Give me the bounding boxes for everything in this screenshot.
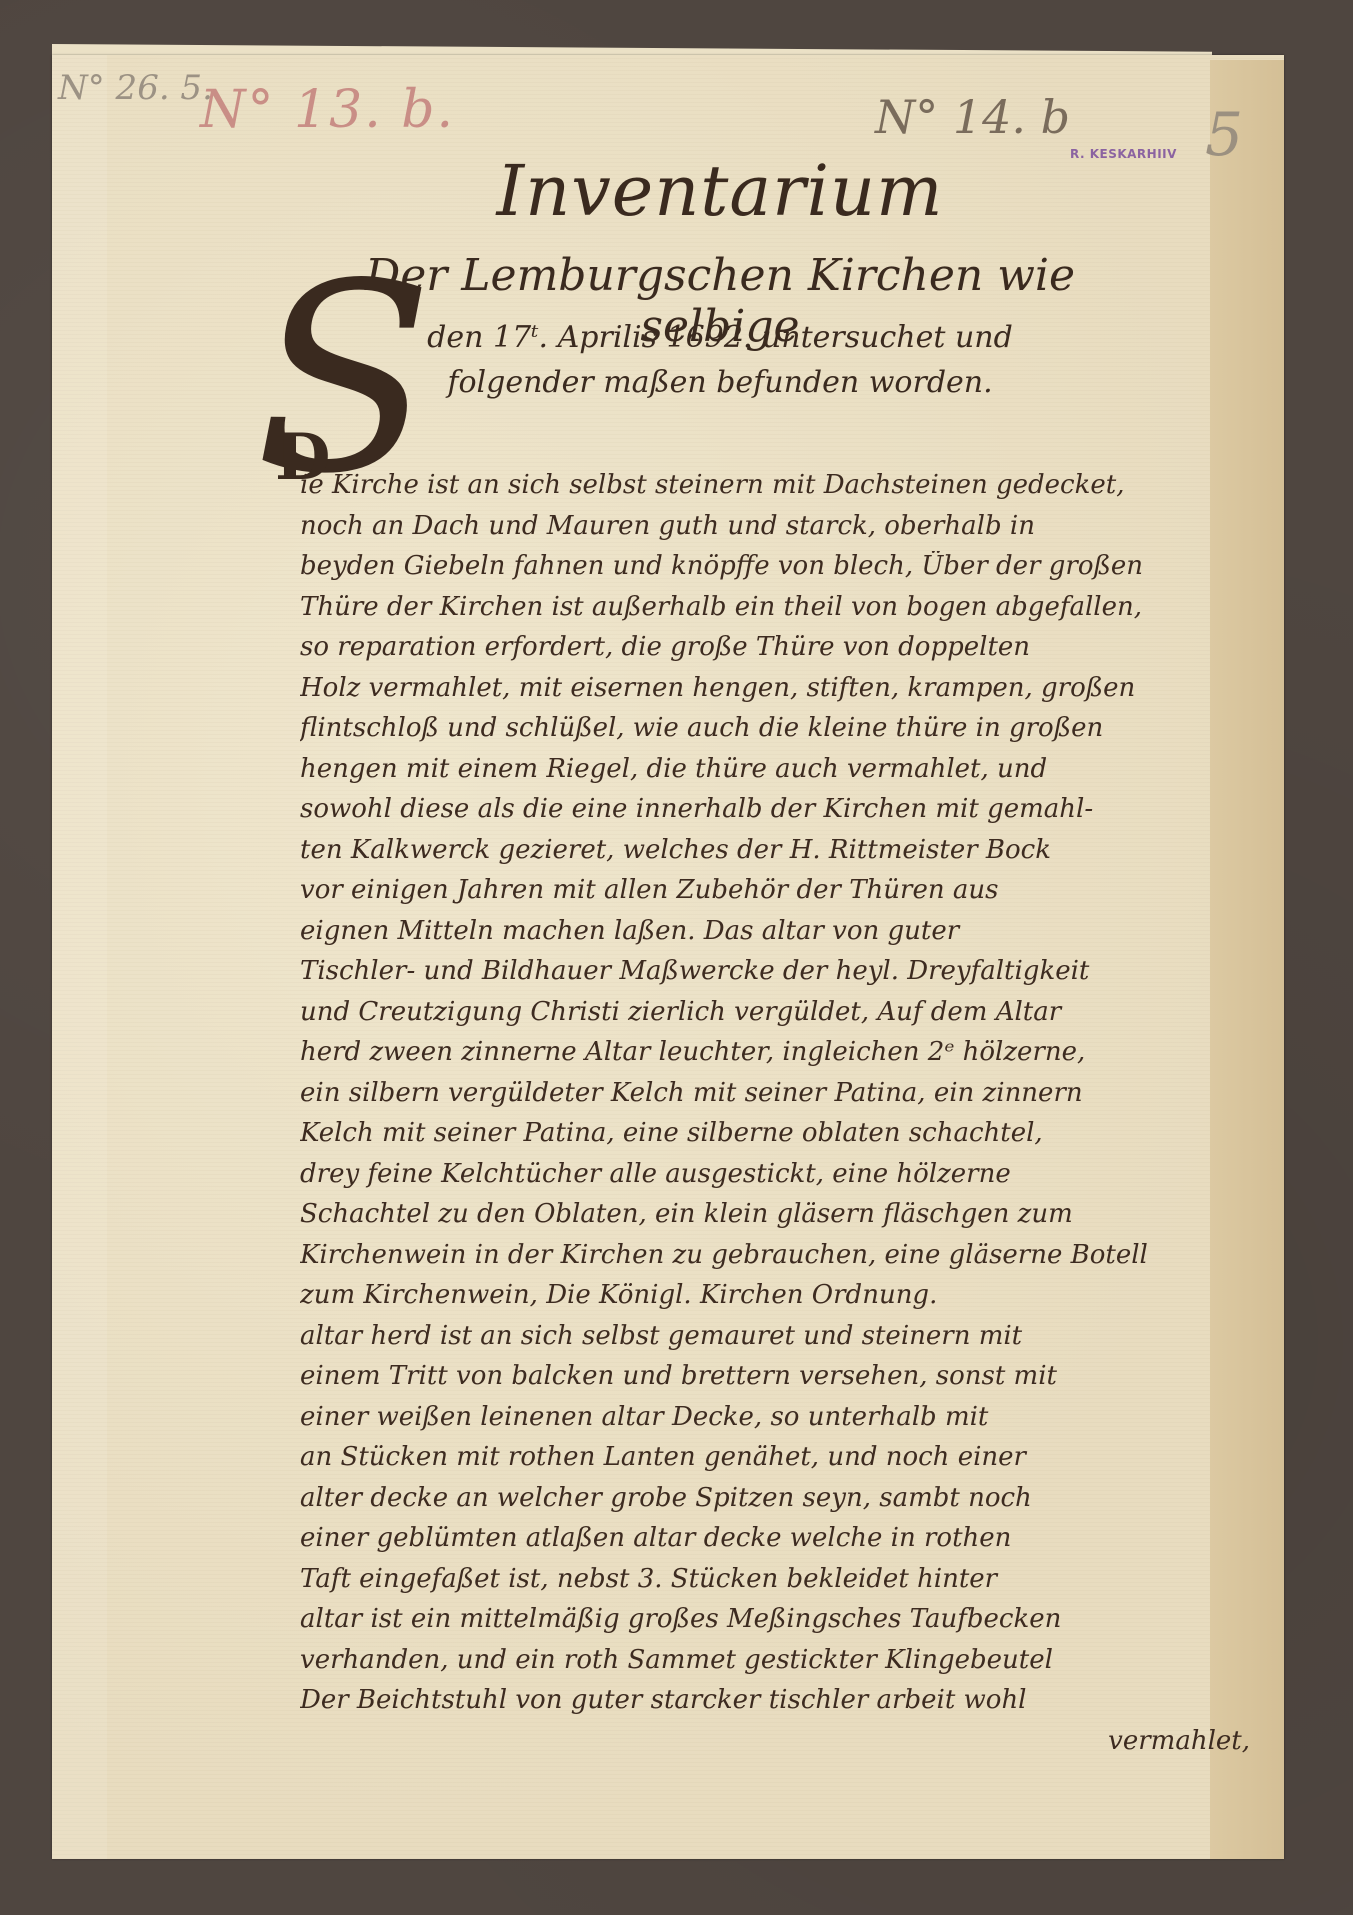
body-line: verhanden, und ein roth Sammet gestickte…	[300, 1645, 1250, 1686]
body-line: einer geblümten atlaßen altar decke welc…	[300, 1523, 1250, 1564]
body-line: Der Beichtstuhl von guter starcker tisch…	[300, 1685, 1250, 1726]
heading-line-2: den 17ᵗ. Aprilis 1692. untersuchet und	[340, 320, 1100, 355]
body-line: flintschloß und schlüßel, wie auch die k…	[300, 713, 1250, 754]
body-line: ie Kirche ist an sich selbst steinern mi…	[300, 470, 1250, 511]
body-line: einer weißen leinenen altar Decke, so un…	[300, 1402, 1250, 1443]
body-line: alter decke an welcher grobe Spitzen sey…	[300, 1483, 1250, 1524]
body-line: sowohl diese als die eine innerhalb der …	[300, 794, 1250, 835]
manuscript-body: ie Kirche ist an sich selbst steinern mi…	[300, 470, 1250, 1766]
body-line: einem Tritt von balcken und brettern ver…	[300, 1361, 1250, 1402]
body-line: Schachtel zu den Oblaten, ein klein gläs…	[300, 1199, 1250, 1240]
body-line: und Creutzigung Christi zierlich vergüld…	[300, 997, 1250, 1038]
body-line: an Stücken mit rothen Lanten genähet, un…	[300, 1442, 1250, 1483]
archive-number-top-left: N° 26. 5.	[58, 68, 213, 108]
body-line: herd zween zinnerne Altar leuchter, ingl…	[300, 1037, 1250, 1078]
archive-number-pencil: N° 14. b	[875, 90, 1070, 144]
body-line: altar herd ist an sich selbst gemauret u…	[300, 1321, 1250, 1362]
pencil-folio-number: 5	[1205, 100, 1243, 170]
heading-line-3: folgender maßen befunden worden.	[340, 365, 1100, 400]
body-line: noch an Dach und Mauren guth und starck,…	[300, 511, 1250, 552]
body-line: vermahlet,	[300, 1726, 1250, 1767]
body-line: ein silbern vergüldeter Kelch mit seiner…	[300, 1078, 1250, 1119]
body-line: Thüre der Kirchen ist außerhalb ein thei…	[300, 592, 1250, 633]
body-line: eignen Mitteln machen laßen. Das altar v…	[300, 916, 1250, 957]
body-line: altar ist ein mittelmäßig großes Meßings…	[300, 1604, 1250, 1645]
body-line: so reparation erfordert, die große Thüre…	[300, 632, 1250, 673]
body-line: vor einigen Jahren mit allen Zubehör der…	[300, 875, 1250, 916]
body-line: beyden Giebeln fahnen und knöpffe von bl…	[300, 551, 1250, 592]
archive-number-red: N° 13. b.	[200, 80, 455, 140]
body-line: Kirchenwein in der Kirchen zu gebrauchen…	[300, 1240, 1250, 1281]
document-title: Inventarium	[340, 150, 1100, 232]
body-line: hengen mit einem Riegel, die thüre auch …	[300, 754, 1250, 795]
body-line: Tischler- und Bildhauer Maßwercke der he…	[300, 956, 1250, 997]
body-line: Kelch mit seiner Patina, eine silberne o…	[300, 1118, 1250, 1159]
body-line: Holz vermahlet, mit eisernen hengen, sti…	[300, 673, 1250, 714]
body-line: ten Kalkwerck gezieret, welches der H. R…	[300, 835, 1250, 876]
body-line: zum Kirchenwein, Die Königl. Kirchen Ord…	[300, 1280, 1250, 1321]
paper-left-margin-strip	[52, 55, 107, 1859]
body-line: drey feine Kelchtücher alle ausgestickt,…	[300, 1159, 1250, 1200]
body-line: Taft eingefaßet ist, nebst 3. Stücken be…	[300, 1564, 1250, 1605]
